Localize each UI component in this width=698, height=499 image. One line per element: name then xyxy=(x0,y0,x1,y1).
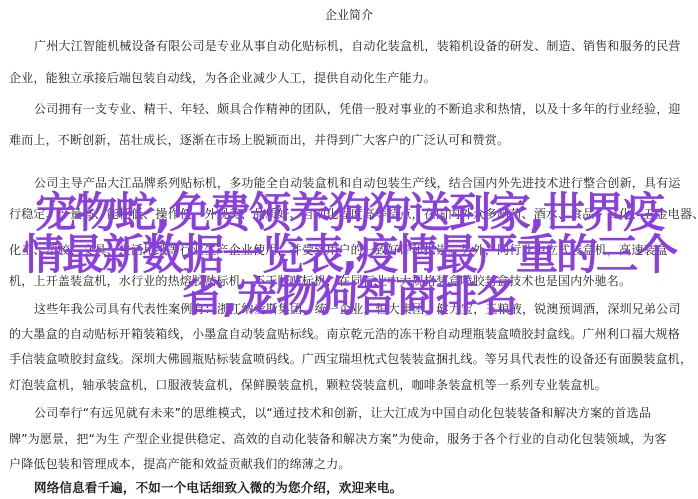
paragraph-line: 手信装盒喷胶封盒线。深圳大佛圆瓶贴标装盒喷码线。广西宝瑞坦枕式包装装盒捆扎线。等… xyxy=(9,351,692,367)
paragraph-line: 广州大江智能机械设备有限公司是专业从事自动化贴标机，自动化装盒机，装箱机设备的研… xyxy=(34,38,681,54)
document-title: 企业简介 xyxy=(0,7,698,23)
paragraph-line: 的大墨盒的自动贴标开箱装箱线，小墨盒自动装盒贴标线。南京乾元浩的冻干粉自动理瓶装… xyxy=(9,326,680,342)
paragraph-line: 企业，能独立承接后端包装自动线，为各企业减少人工，提供自动化生产能力。 xyxy=(9,70,436,86)
paragraph-line: 户降低包装和管理成本，提高产能和效益贡献我们的绵薄之力。 xyxy=(9,456,351,472)
paragraph-line: 灯泡装盒机，轴承装盒机，口服液装盒机，保鲜膜装盒机，颗粒袋装盒机，咖啡条装盒机等… xyxy=(9,377,607,393)
paragraph-line: 公司拥有一支专业、精干、年轻、颇具合作精神的团队，凭借一股对事业的不断追求和热情… xyxy=(34,101,681,117)
paragraph-line: 牌”为愿景，把“为生 产型企业提供稳定、高效的自动化装备和解决方案”为使命，服务… xyxy=(9,431,667,447)
overlay-line[interactable]: 省,宠物狗智商排名 xyxy=(0,274,698,320)
paragraph-line: 难而上，不断创新，茁壮成长，逐渐在市场上脱颖而出，并得到广大客户的广泛认可和赞赏… xyxy=(9,132,509,148)
paragraph-line: 公司奉行“有远见就有未来”的思维模式，以“通过技术和创新，让大江成为中国自动化包… xyxy=(34,405,651,421)
contact-call-to-action: 网络信息看千遍，不如一个电话细致入微的为您介绍，欢迎来电。 xyxy=(34,480,402,496)
